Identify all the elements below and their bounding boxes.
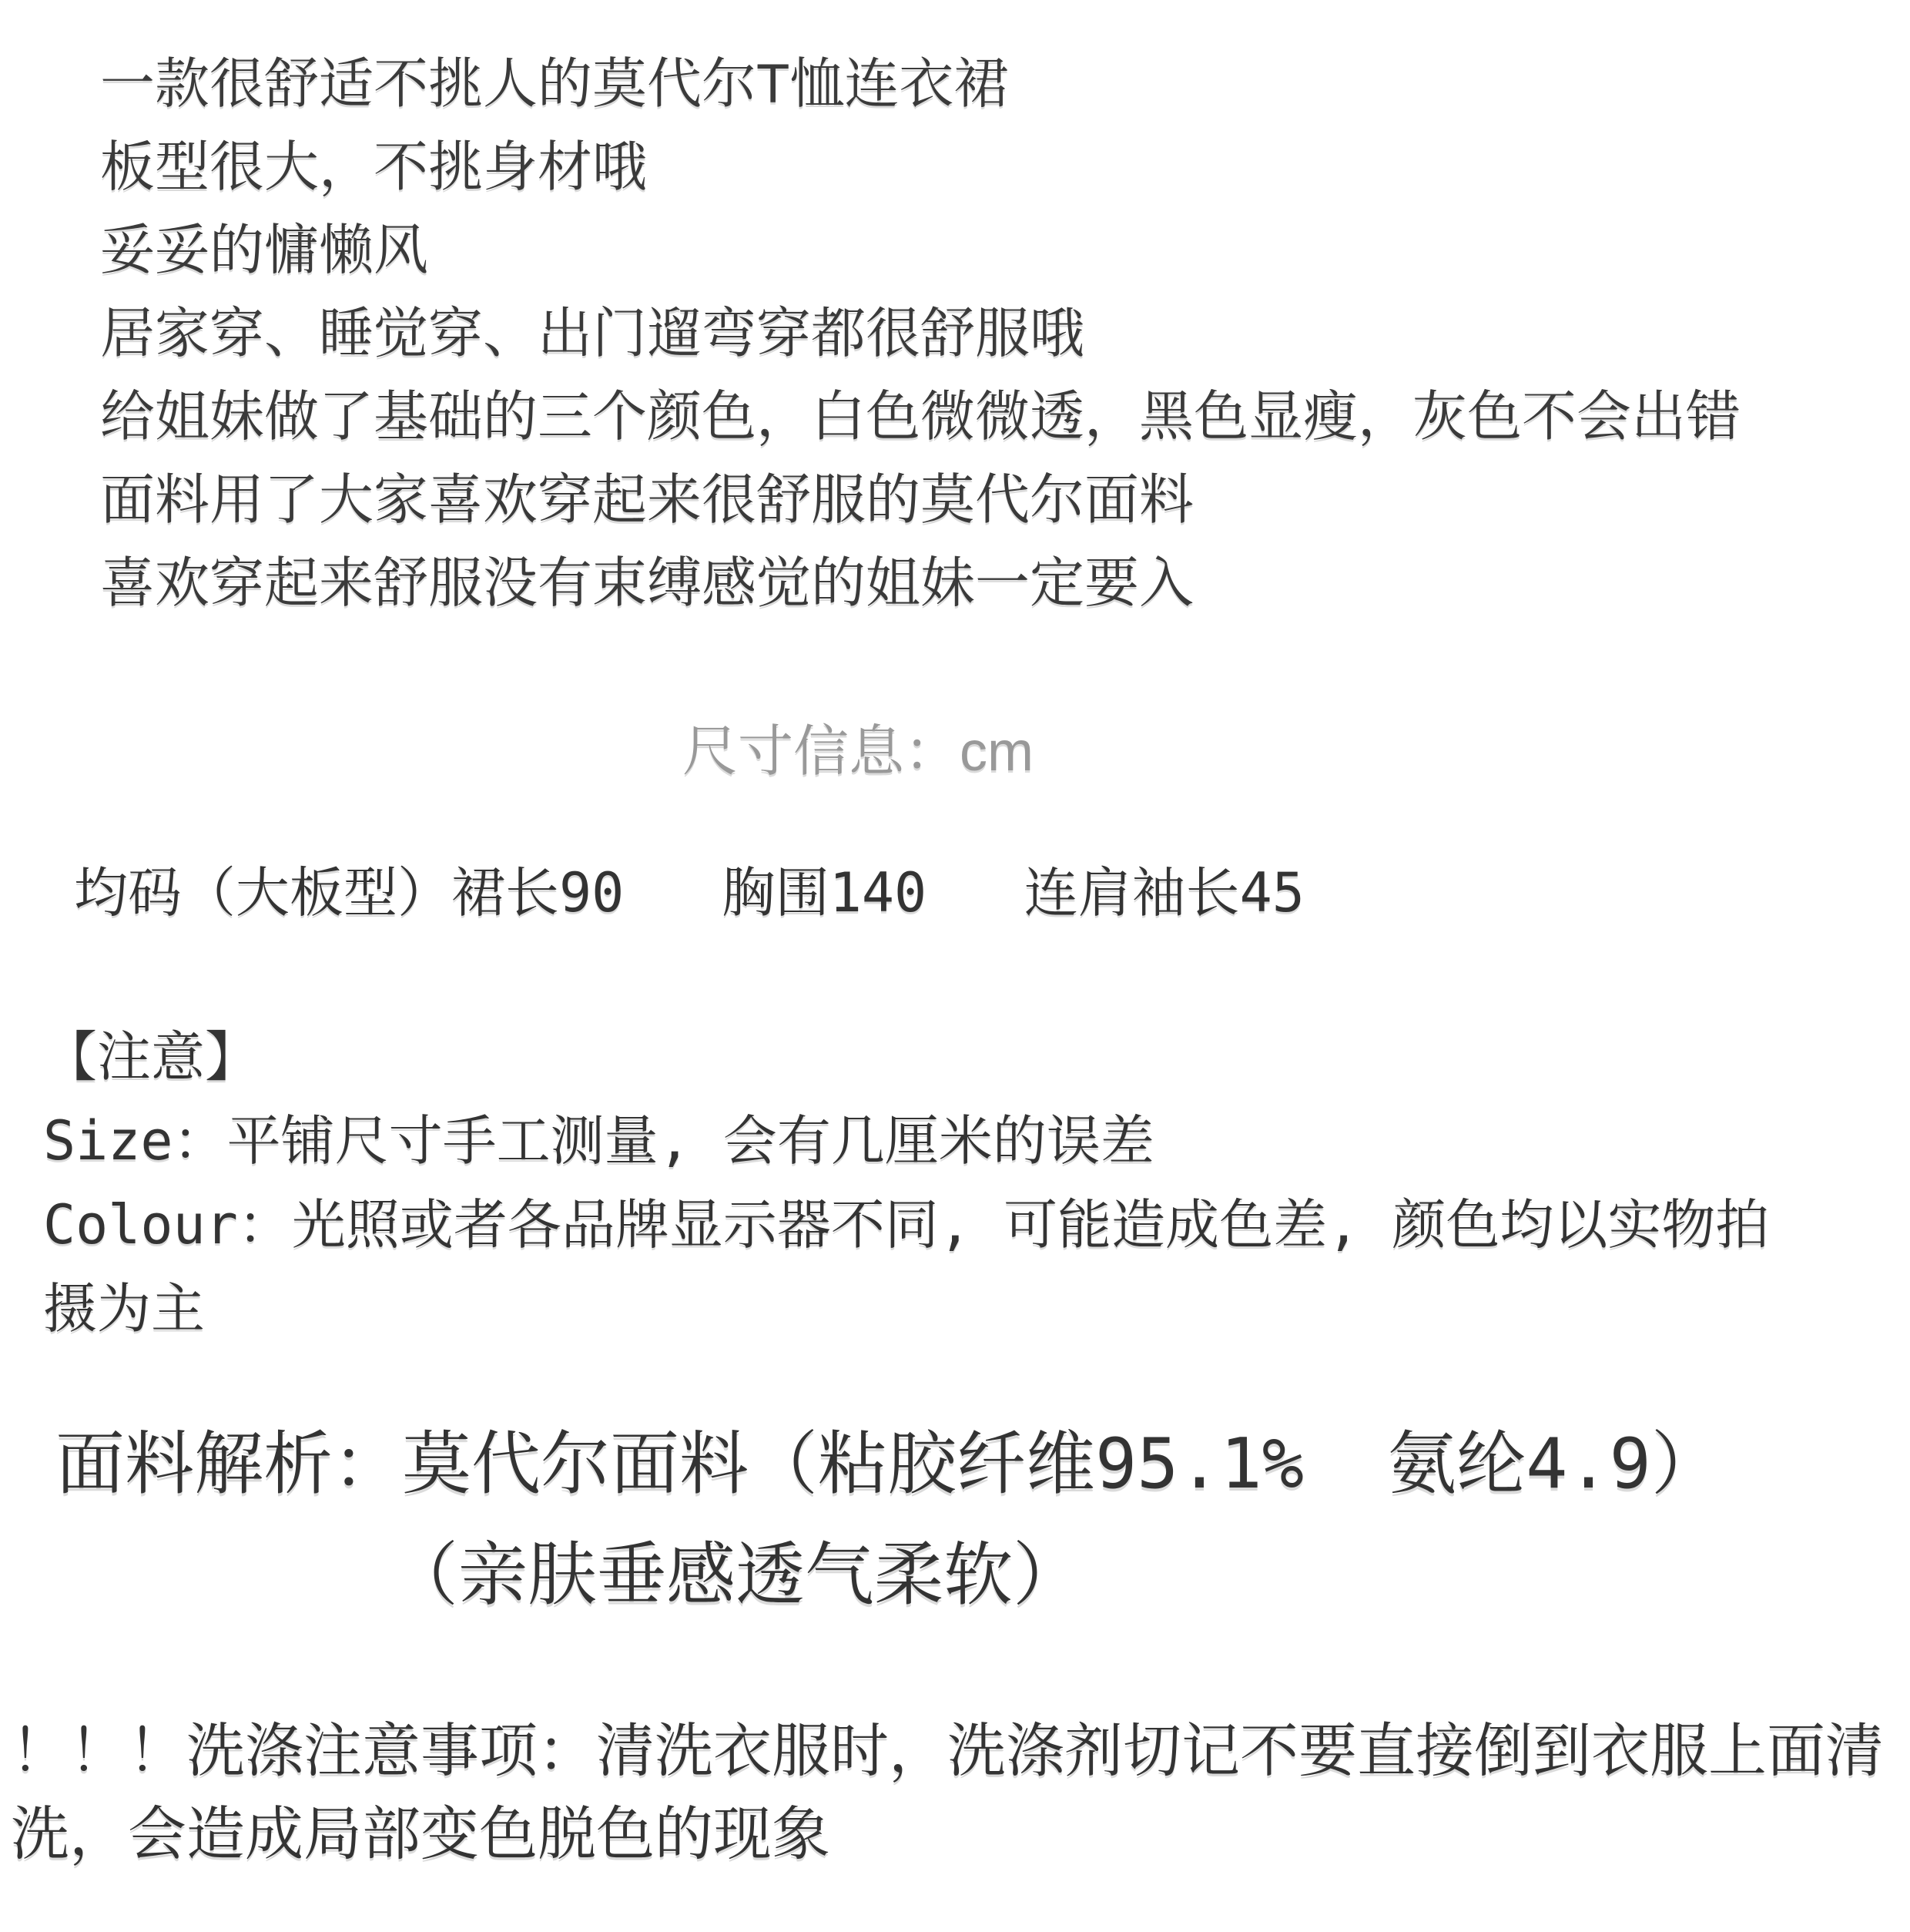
notice-section: 【注意】 Size：平铺尺寸手工测量, 会有几厘米的误差 Colour：光照或者…	[43, 1015, 1769, 1351]
intro-paragraph: 一款很舒适不挑人的莫代尔T恤连衣裙 板型很大，不挑身材哦 妥妥的慵懒风 居家穿、…	[100, 43, 1741, 626]
intro-line-4: 居家穿、睡觉穿、出门遛弯穿都很舒服哦	[100, 293, 1741, 376]
intro-line-5: 给姐妹做了基础的三个颜色，白色微微透，黑色显瘦，灰色不会出错	[100, 376, 1741, 459]
measurements-line: 均码（大板型）裙长90 胸围140 连肩袖长45	[74, 866, 1305, 920]
intro-line-7: 喜欢穿起来舒服没有束缚感觉的姐妹一定要入	[100, 542, 1741, 626]
intro-line-1: 一款很舒适不挑人的莫代尔T恤连衣裙	[100, 43, 1741, 126]
notice-colour-line: Colour：光照或者各品牌显示器不同, 可能造成色差, 颜色均以实物拍	[43, 1183, 1769, 1267]
intro-line-3: 妥妥的慵懒风	[100, 210, 1741, 293]
intro-line-2: 板型很大，不挑身材哦	[100, 126, 1741, 210]
notice-title: 【注意】	[43, 1015, 1769, 1099]
intro-line-6: 面料用了大家喜欢穿起来很舒服的莫代尔面料	[100, 459, 1741, 542]
washing-warning-section: ！！！洗涤注意事项：清洗衣服时，洗涤剂切记不要直接倒到衣服上面清 洗，会造成局部…	[11, 1709, 1884, 1876]
fabric-feature-line: （亲肤垂感透气柔软）	[389, 1520, 1721, 1631]
washing-warning-line-2: 洗，会造成局部变色脱色的现象	[11, 1793, 1884, 1876]
fabric-analysis-line: 面料解析：莫代尔面料（粘胶纤维95.1% 氨纶4.9）	[55, 1409, 1721, 1520]
notice-colour-line-wrap: 摄为主	[43, 1267, 1769, 1351]
washing-warning-line-1: ！！！洗涤注意事项：清洗衣服时，洗涤剂切记不要直接倒到衣服上面清	[11, 1709, 1884, 1793]
size-info-heading: 尺寸信息：cm	[682, 724, 1034, 780]
notice-size-line: Size：平铺尺寸手工测量, 会有几厘米的误差	[43, 1099, 1769, 1183]
fabric-analysis-section: 面料解析：莫代尔面料（粘胶纤维95.1% 氨纶4.9） （亲肤垂感透气柔软）	[55, 1409, 1721, 1631]
